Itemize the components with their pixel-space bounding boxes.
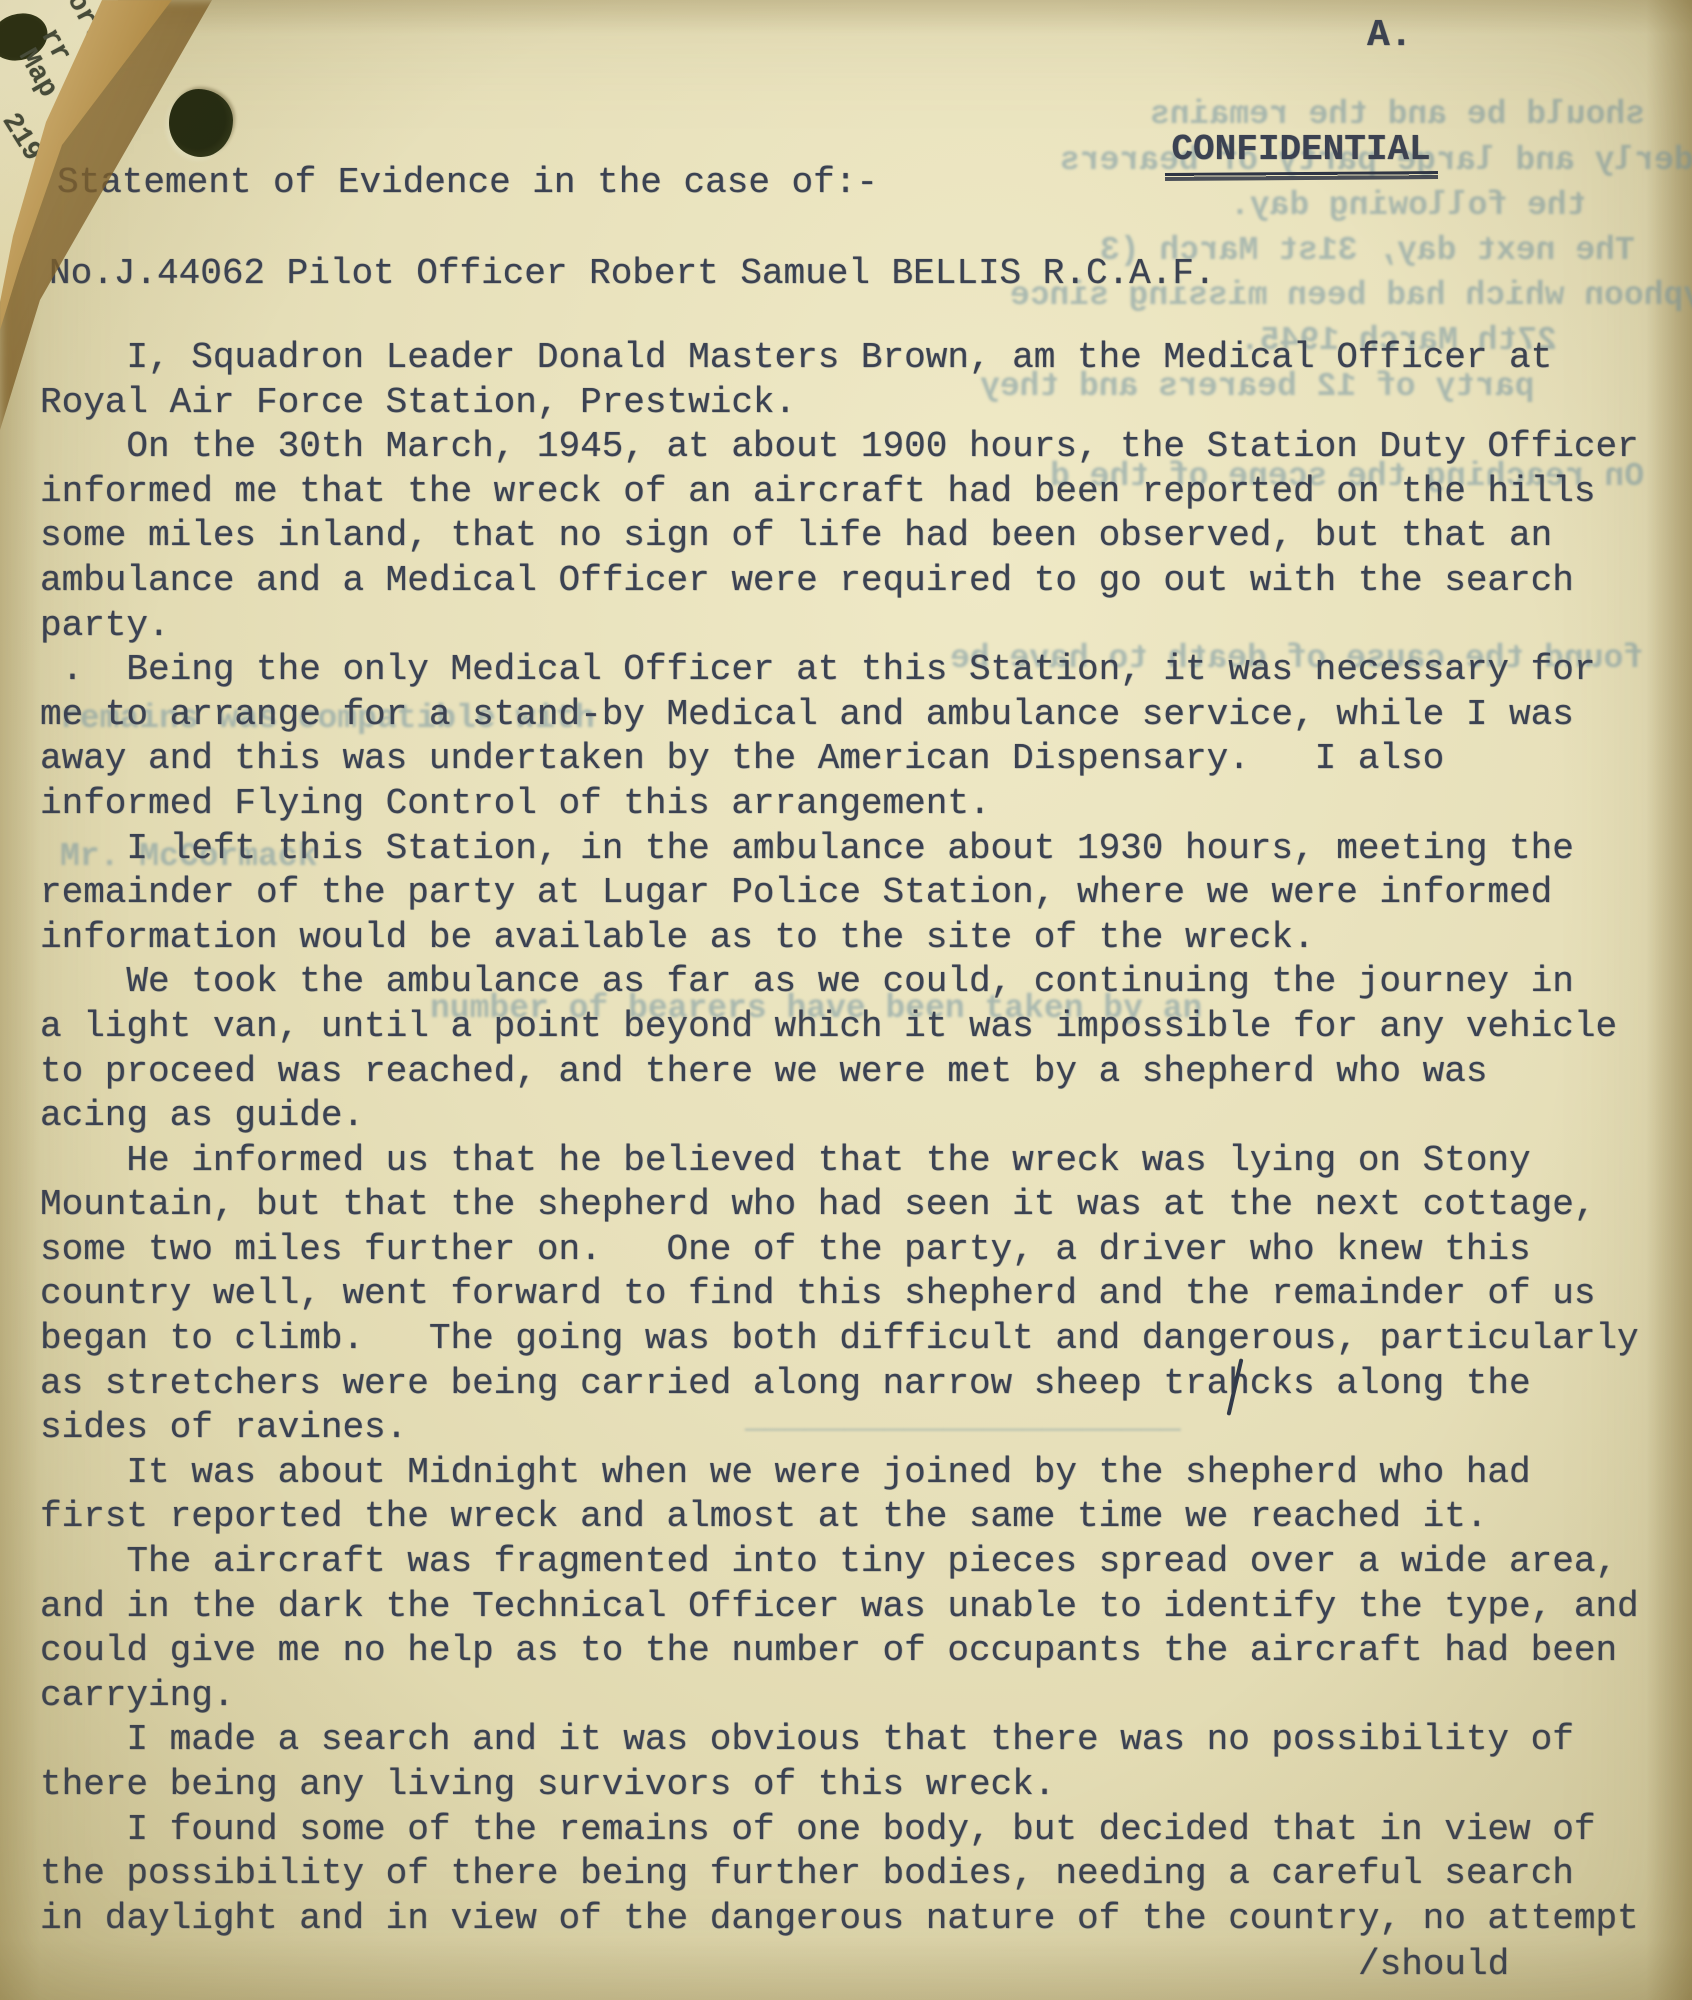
text-line: carrying.: [40, 1674, 1639, 1719]
text-line: It was about Midnight when we were joine…: [40, 1451, 1639, 1496]
statement-title: Statement of Evidence in the case of:-: [57, 162, 878, 204]
continuation-mark: /should: [1358, 1944, 1509, 1985]
page-letter-mark: A.: [1367, 14, 1413, 57]
text-line: ambulance and a Medical Officer were req…: [40, 559, 1639, 604]
classification-stamp: CONFIDENTIAL: [1085, 88, 1431, 215]
punch-hole: [169, 89, 233, 157]
text-line: The aircraft was fragmented into tiny pi…: [40, 1540, 1639, 1585]
text-line: I made a search and it was obvious that …: [40, 1718, 1639, 1763]
text-line: country well, went forward to find this …: [40, 1272, 1639, 1317]
text-line: I left this Station, in the ambulance ab…: [40, 827, 1639, 872]
text-line: away and this was undertaken by the Amer…: [40, 737, 1639, 782]
text-line: . Being the only Medical Officer at this…: [40, 648, 1639, 693]
text-line: informed me that the wreck of an aircraf…: [40, 470, 1639, 515]
text-line: as stretchers were being carried along n…: [40, 1362, 1639, 1407]
text-line: me to arrange for a stand-by Medical and…: [40, 693, 1639, 738]
text-line: a light van, until a point beyond which …: [40, 1005, 1639, 1050]
text-line: On the 30th March, 1945, at about 1900 h…: [40, 425, 1639, 470]
text-line: began to climb. The going was both diffi…: [40, 1317, 1639, 1362]
text-line: informed Flying Control of this arrangem…: [40, 782, 1639, 827]
text-line: Royal Air Force Station, Prestwick.: [40, 381, 1639, 426]
text-line: party.: [40, 604, 1639, 649]
text-line: there being any living survivors of this…: [40, 1763, 1639, 1808]
classification-text: CONFIDENTIAL: [1171, 129, 1430, 174]
text-line: in daylight and in view of the dangerous…: [40, 1897, 1639, 1942]
text-line: I found some of the remains of one body,…: [40, 1808, 1639, 1853]
text-line: acing as guide.: [40, 1094, 1639, 1139]
case-reference-line: No.J.44062 Pilot Officer Robert Samuel B…: [49, 253, 1216, 295]
text-line: sides of ravines.: [40, 1406, 1639, 1451]
text-line: some miles inland, that no sign of life …: [40, 514, 1639, 559]
text-line: I, Squadron Leader Donald Masters Brown,…: [40, 336, 1639, 381]
document-page: should be and the remainsorderly and lar…: [0, 0, 1692, 2000]
text-line: remainder of the party at Lugar Police S…: [40, 871, 1639, 916]
document-body: I, Squadron Leader Donald Masters Brown,…: [40, 336, 1639, 1941]
text-line: the possibility of there being further b…: [40, 1852, 1639, 1897]
text-line: Mountain, but that the shepherd who had …: [40, 1183, 1639, 1228]
text-line: could give me no help as to the number o…: [40, 1629, 1639, 1674]
text-line: some two miles further on. One of the pa…: [40, 1228, 1639, 1273]
text-line: first reported the wreck and almost at t…: [40, 1495, 1639, 1540]
text-line: and in the dark the Technical Officer wa…: [40, 1585, 1639, 1630]
text-line: We took the ambulance as far as we could…: [40, 960, 1639, 1005]
text-line: information would be available as to the…: [40, 916, 1639, 961]
text-line: to proceed was reached, and there we wer…: [40, 1050, 1639, 1095]
text-line: He informed us that he believed that the…: [40, 1139, 1639, 1184]
